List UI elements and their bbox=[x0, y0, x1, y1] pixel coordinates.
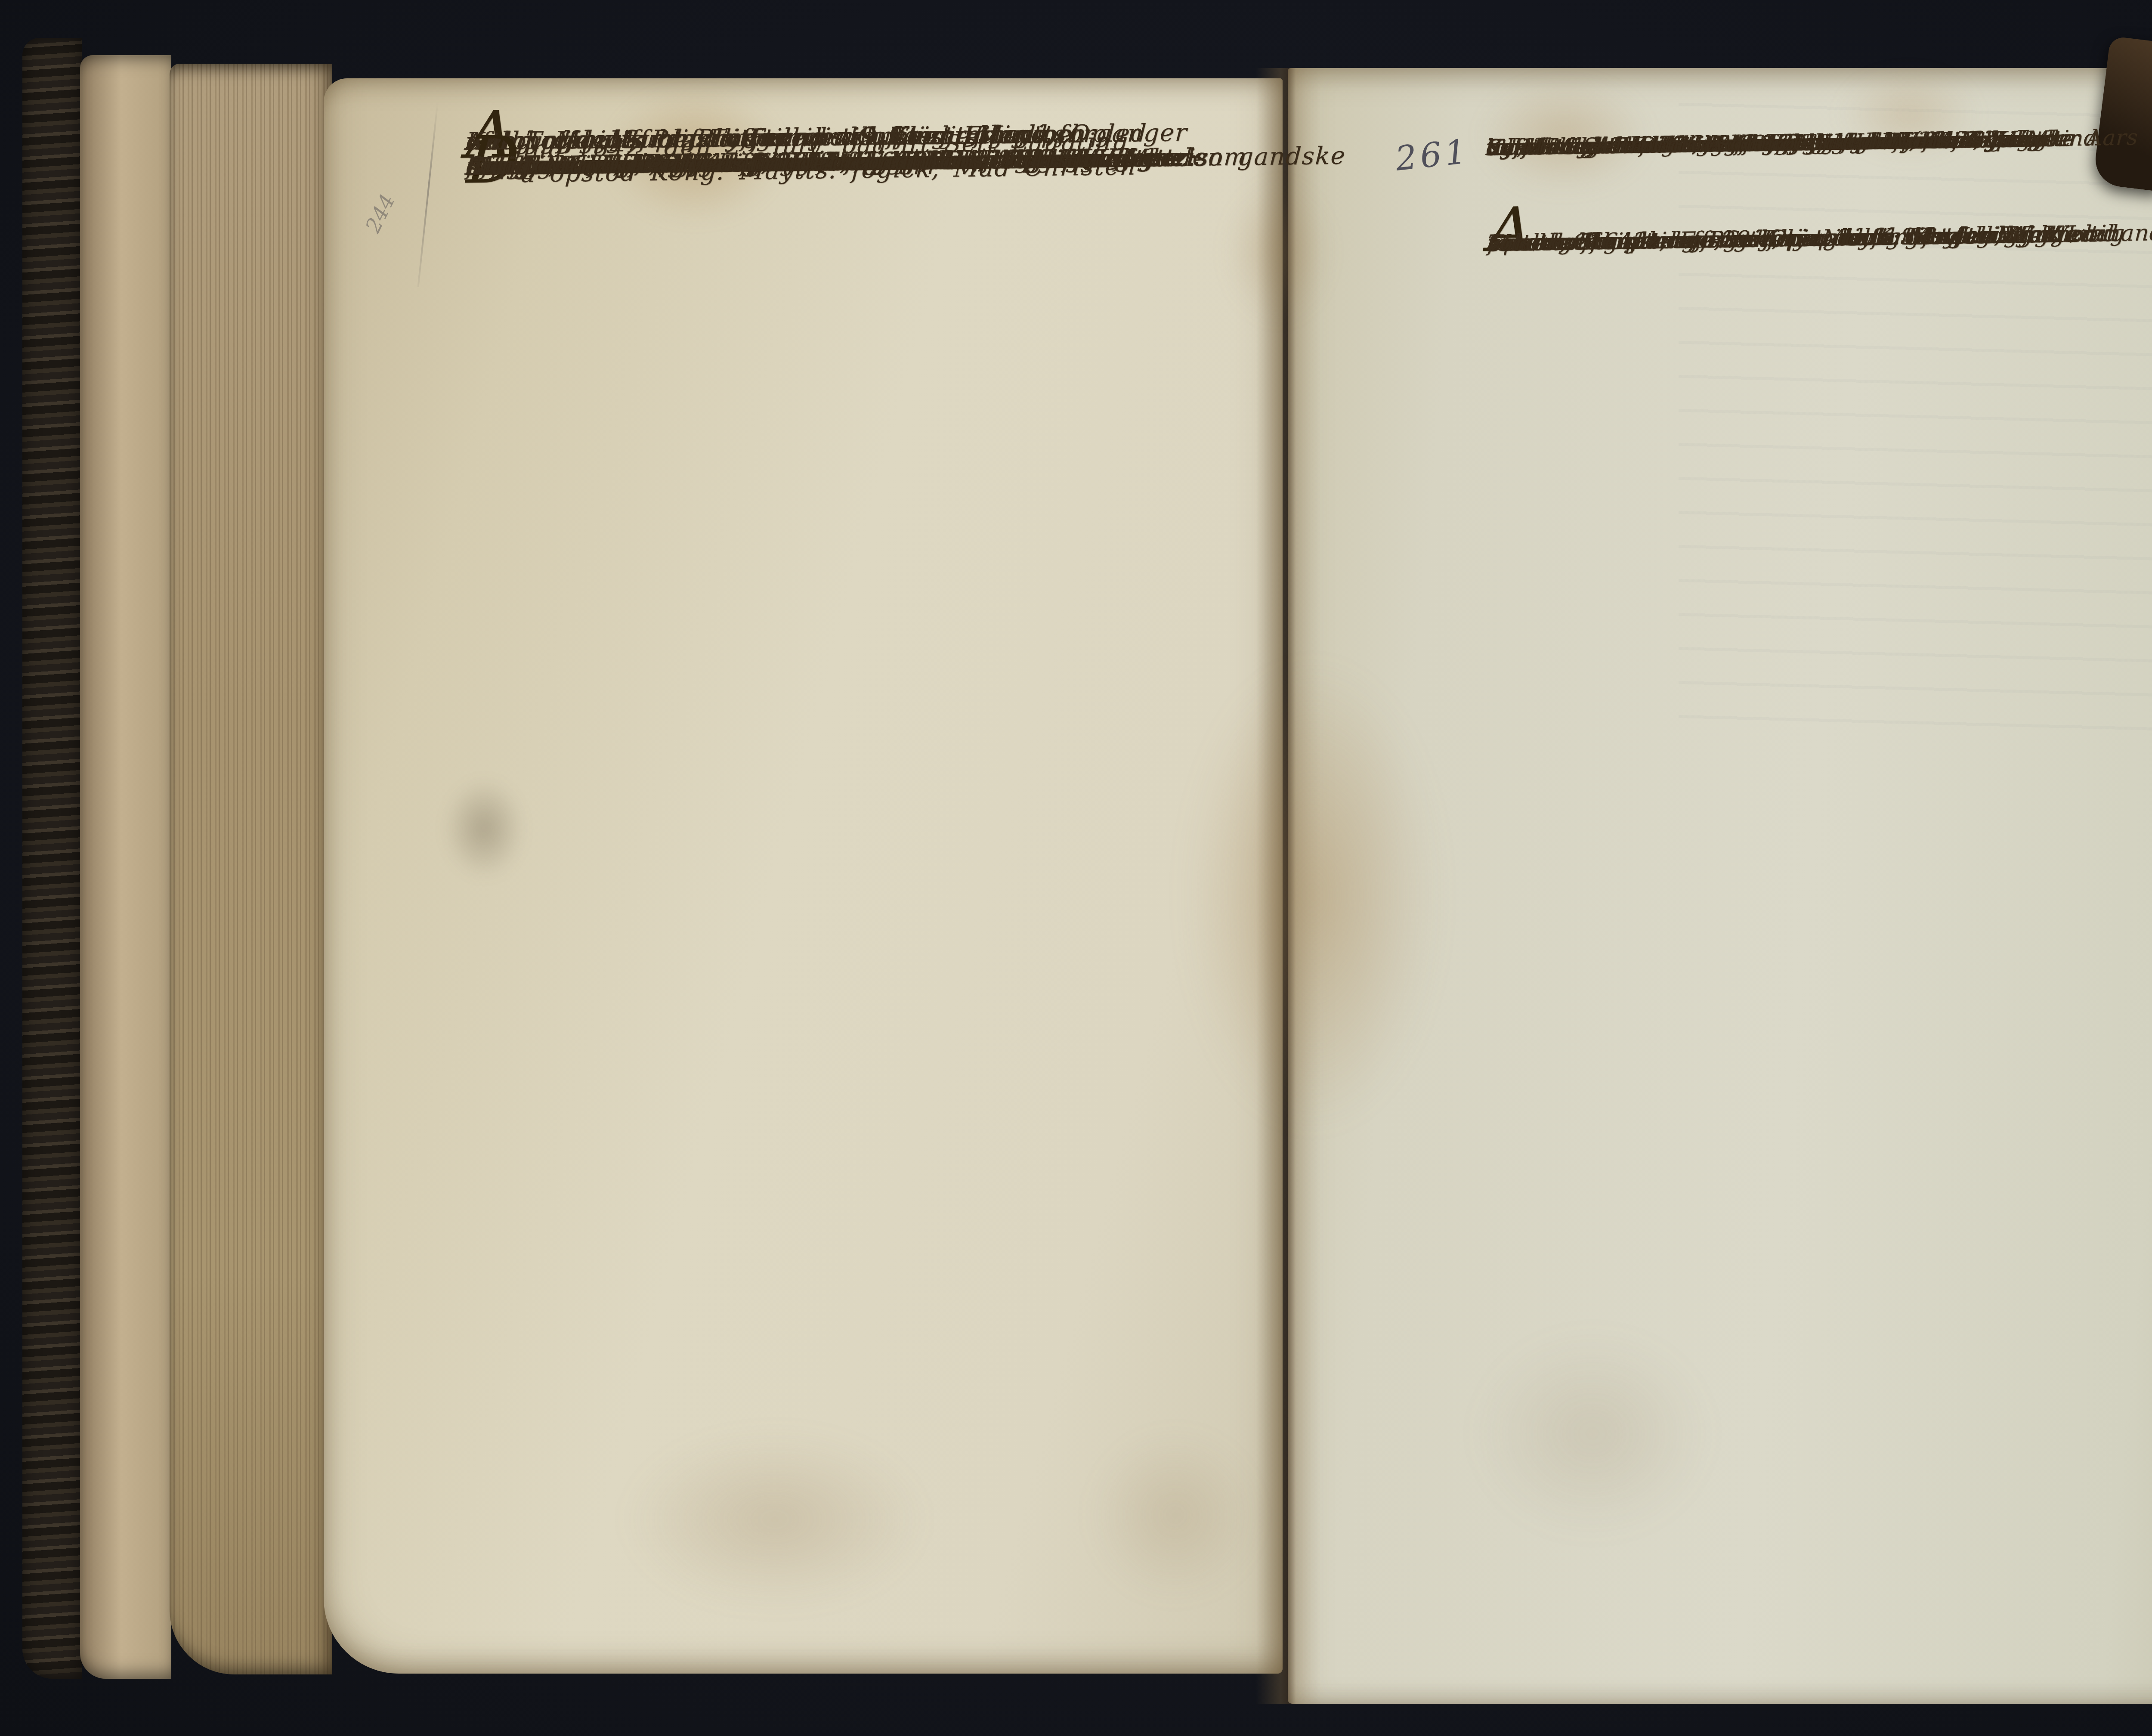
manuscript-book-photo: 244 261 Anno 1642. den 29 Julÿ. paa itt … bbox=[0, 0, 2152, 1736]
book-cover-edge-left bbox=[22, 38, 82, 1679]
page-stack-fore-edge-left bbox=[170, 64, 332, 1674]
page-number: 261 bbox=[1394, 132, 1472, 179]
manuscript-line: Erlig Mand her ved Landett paa hans Ma: … bbox=[465, 134, 1186, 191]
book-gutter-fold bbox=[1256, 68, 1320, 1704]
manuscript-line: vare och godz, effter hans Maytz: Strand… bbox=[1486, 202, 2056, 276]
ink-bleedthrough bbox=[1679, 103, 2152, 749]
cover-corner-leather bbox=[2093, 36, 2152, 192]
page-block-edge-left bbox=[80, 55, 171, 1679]
left-page bbox=[324, 78, 1283, 1674]
manuscript-line: her Neden trøcht. Actum Ut supra. bbox=[1485, 120, 1903, 168]
